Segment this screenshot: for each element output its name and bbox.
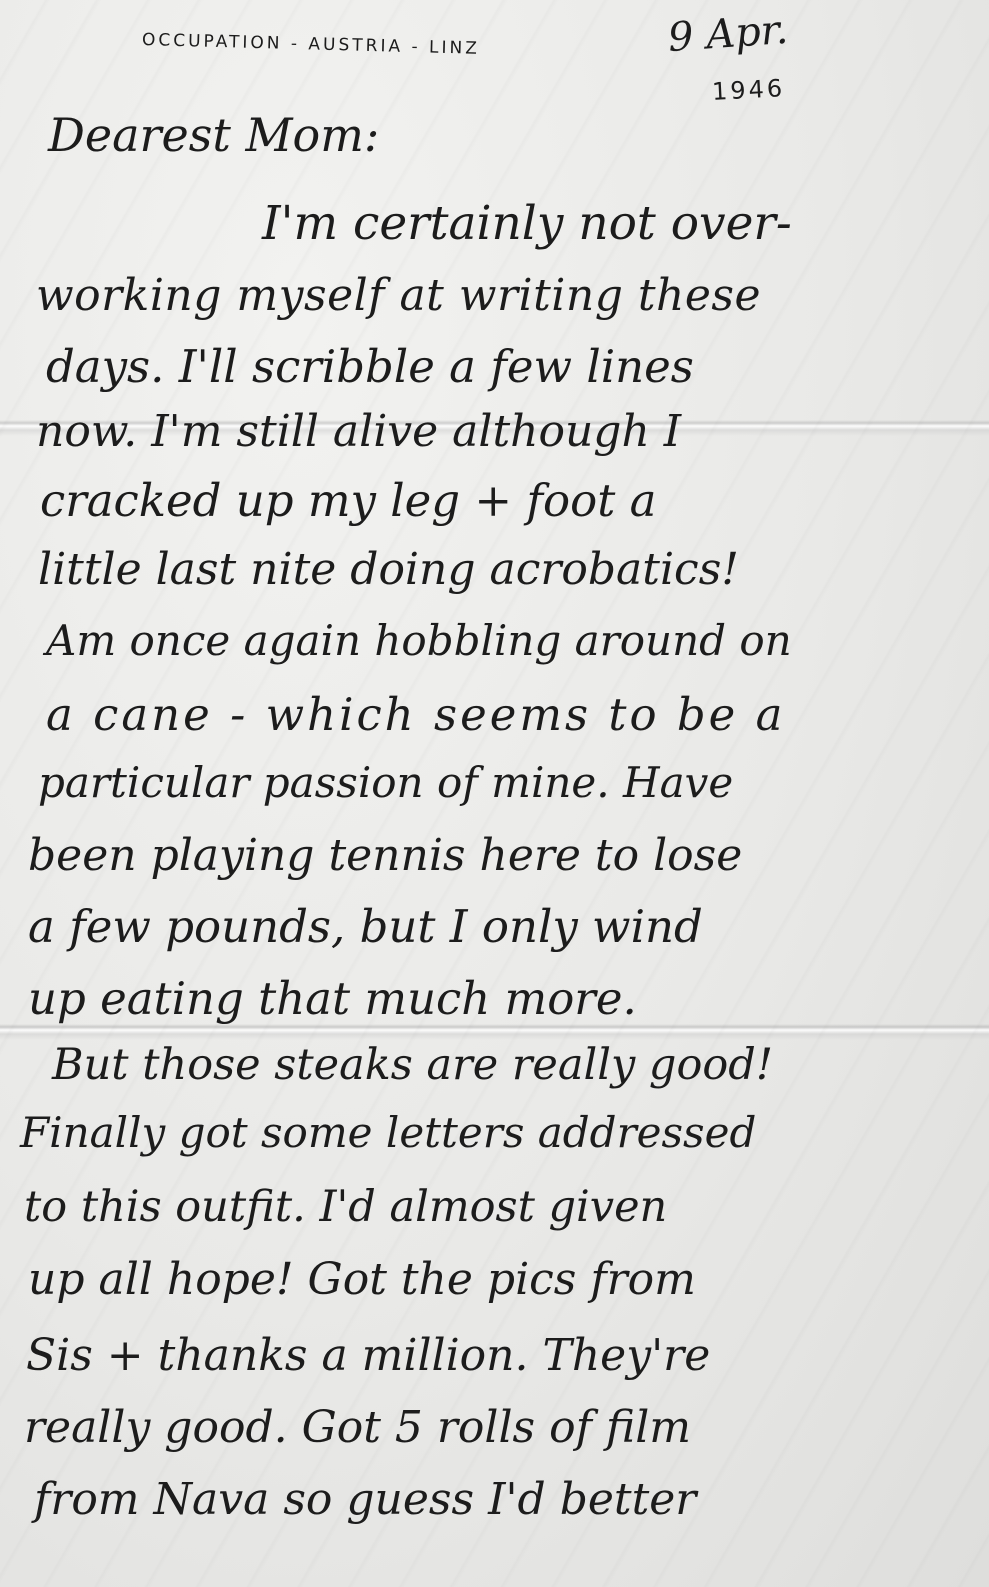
letter-line: Am once again hobbling around on <box>46 620 792 662</box>
letter-year: 1946 <box>711 74 785 106</box>
letter-salutation: Dearest Mom: <box>48 112 379 158</box>
letter-line: a cane - which seems to be a <box>46 692 785 737</box>
letter-line: really good. Got 5 rolls of film <box>24 1406 691 1450</box>
letter-line: working myself at writing these <box>36 274 761 318</box>
letter-line: days. I'll scribble a few lines <box>46 344 694 389</box>
letter-line: cracked up my leg + foot a <box>40 478 656 523</box>
letter-line: little last nite doing acrobatics! <box>38 548 739 592</box>
letter-line: Finally got some letters addressed <box>20 1112 756 1154</box>
letter-line: particular passion of mine. Have <box>38 762 733 804</box>
letter-line: Sis + thanks a million. They're <box>26 1334 710 1378</box>
letter-line: to this outfit. I'd almost given <box>24 1186 667 1229</box>
letter-line: But those steaks are really good! <box>52 1044 773 1087</box>
letter-line: from Nava so guess I'd better <box>34 1478 696 1522</box>
letter-line: up eating that much more. <box>28 976 637 1021</box>
letter-date: 9 Apr. <box>667 10 790 58</box>
letter-line: I'm certainly not over- <box>262 200 792 247</box>
letter-location: OCCUPATION - AUSTRIA - LINZ <box>142 30 480 59</box>
letter-line: been playing tennis here to lose <box>28 834 742 878</box>
letter-line: up all hope! Got the pics from <box>28 1258 696 1302</box>
letter-line: a few pounds, but I only wind <box>28 904 703 949</box>
letter-page: OCCUPATION - AUSTRIA - LINZ 9 Apr. 1946 … <box>0 0 989 1587</box>
letter-line: now. I'm still alive although I <box>36 410 681 454</box>
